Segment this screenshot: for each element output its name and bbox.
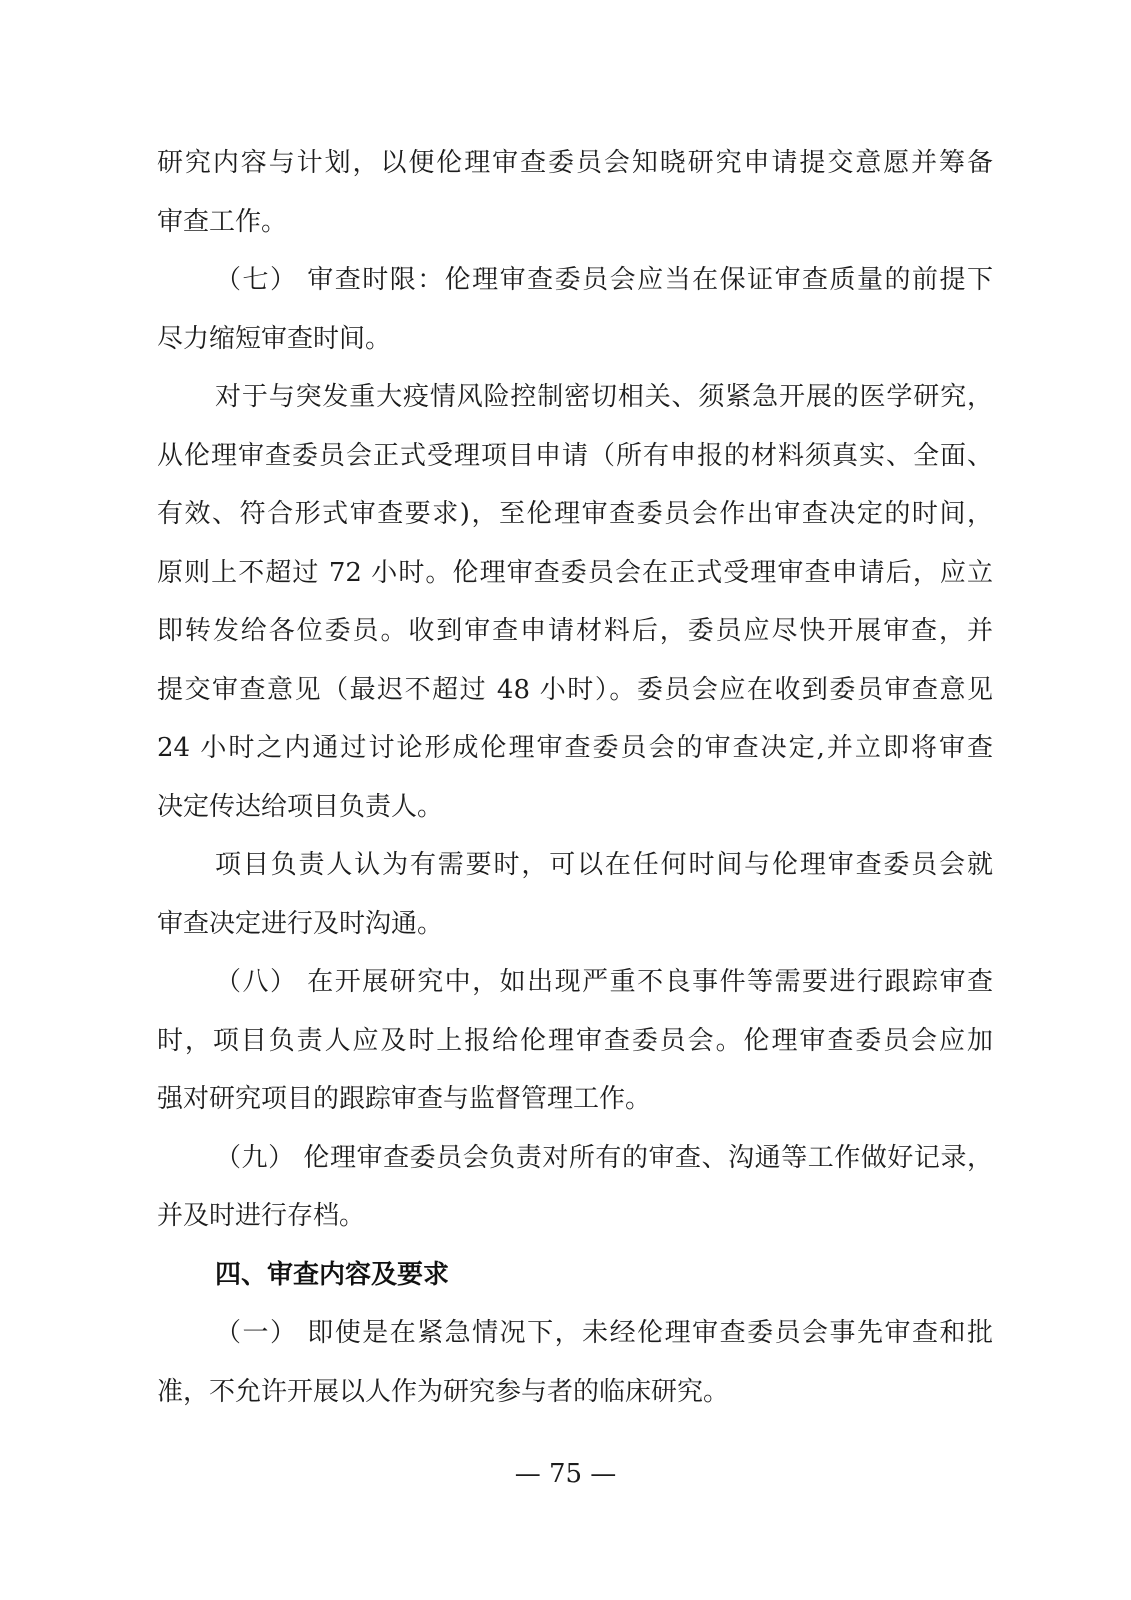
text-line: （七） 审查时限：伦理审查委员会应当在保证审查质量的前提下: [157, 251, 993, 310]
text-line: 并及时进行存档。: [157, 1187, 993, 1246]
text-line: 准，不允许开展以人作为研究参与者的临床研究。: [157, 1363, 993, 1422]
text-line: （八） 在开展研究中，如出现严重不良事件等需要进行跟踪审查: [157, 953, 993, 1012]
text-line: 强对研究项目的跟踪审查与监督管理工作。: [157, 1070, 993, 1129]
text-line: 尽力缩短审查时间。: [157, 310, 993, 369]
text-line: 有效、符合形式审查要求)，至伦理审查委员会作出审查决定的时间，: [157, 485, 993, 544]
text-line: （一） 即使是在紧急情况下，未经伦理审查委员会事先审查和批: [157, 1304, 993, 1363]
text-line: 24 小时之内通过讨论形成伦理审查委员会的审查决定,并立即将审查: [157, 719, 993, 778]
text-line: 原则上不超过 72 小时。伦理审查委员会在正式受理审查申请后，应立: [157, 544, 993, 603]
text-line: （九） 伦理审查委员会负责对所有的审查、沟通等工作做好记录，: [157, 1129, 993, 1188]
page-text-block: 研究内容与计划，以便伦理审查委员会知晓研究申请提交意愿并筹备审查工作。（七） 审…: [157, 134, 993, 1421]
text-line: 时，项目负责人应及时上报给伦理审查委员会。伦理审查委员会应加: [157, 1012, 993, 1071]
text-line: 从伦理审查委员会正式受理项目申请（所有申报的材料须真实、全面、: [157, 427, 993, 486]
text-line: 审查工作。: [157, 193, 993, 252]
text-line: 提交审查意见（最迟不超过 48 小时）。委员会应在收到委员审查意见: [157, 661, 993, 720]
document-page: 研究内容与计划，以便伦理审查委员会知晓研究申请提交意愿并筹备审查工作。（七） 审…: [0, 0, 1131, 1600]
text-line: 研究内容与计划，以便伦理审查委员会知晓研究申请提交意愿并筹备: [157, 134, 993, 193]
text-line: 对于与突发重大疫情风险控制密切相关、须紧急开展的医学研究，: [157, 368, 993, 427]
text-line: 即转发给各位委员。收到审查申请材料后，委员应尽快开展审查，并: [157, 602, 993, 661]
text-line: 决定传达给项目负责人。: [157, 778, 993, 837]
page-number: — 75 —: [0, 1454, 1131, 1494]
text-line: 审查决定进行及时沟通。: [157, 895, 993, 954]
section-heading: 四、审查内容及要求: [157, 1246, 993, 1305]
text-line: 项目负责人认为有需要时，可以在任何时间与伦理审查委员会就: [157, 836, 993, 895]
